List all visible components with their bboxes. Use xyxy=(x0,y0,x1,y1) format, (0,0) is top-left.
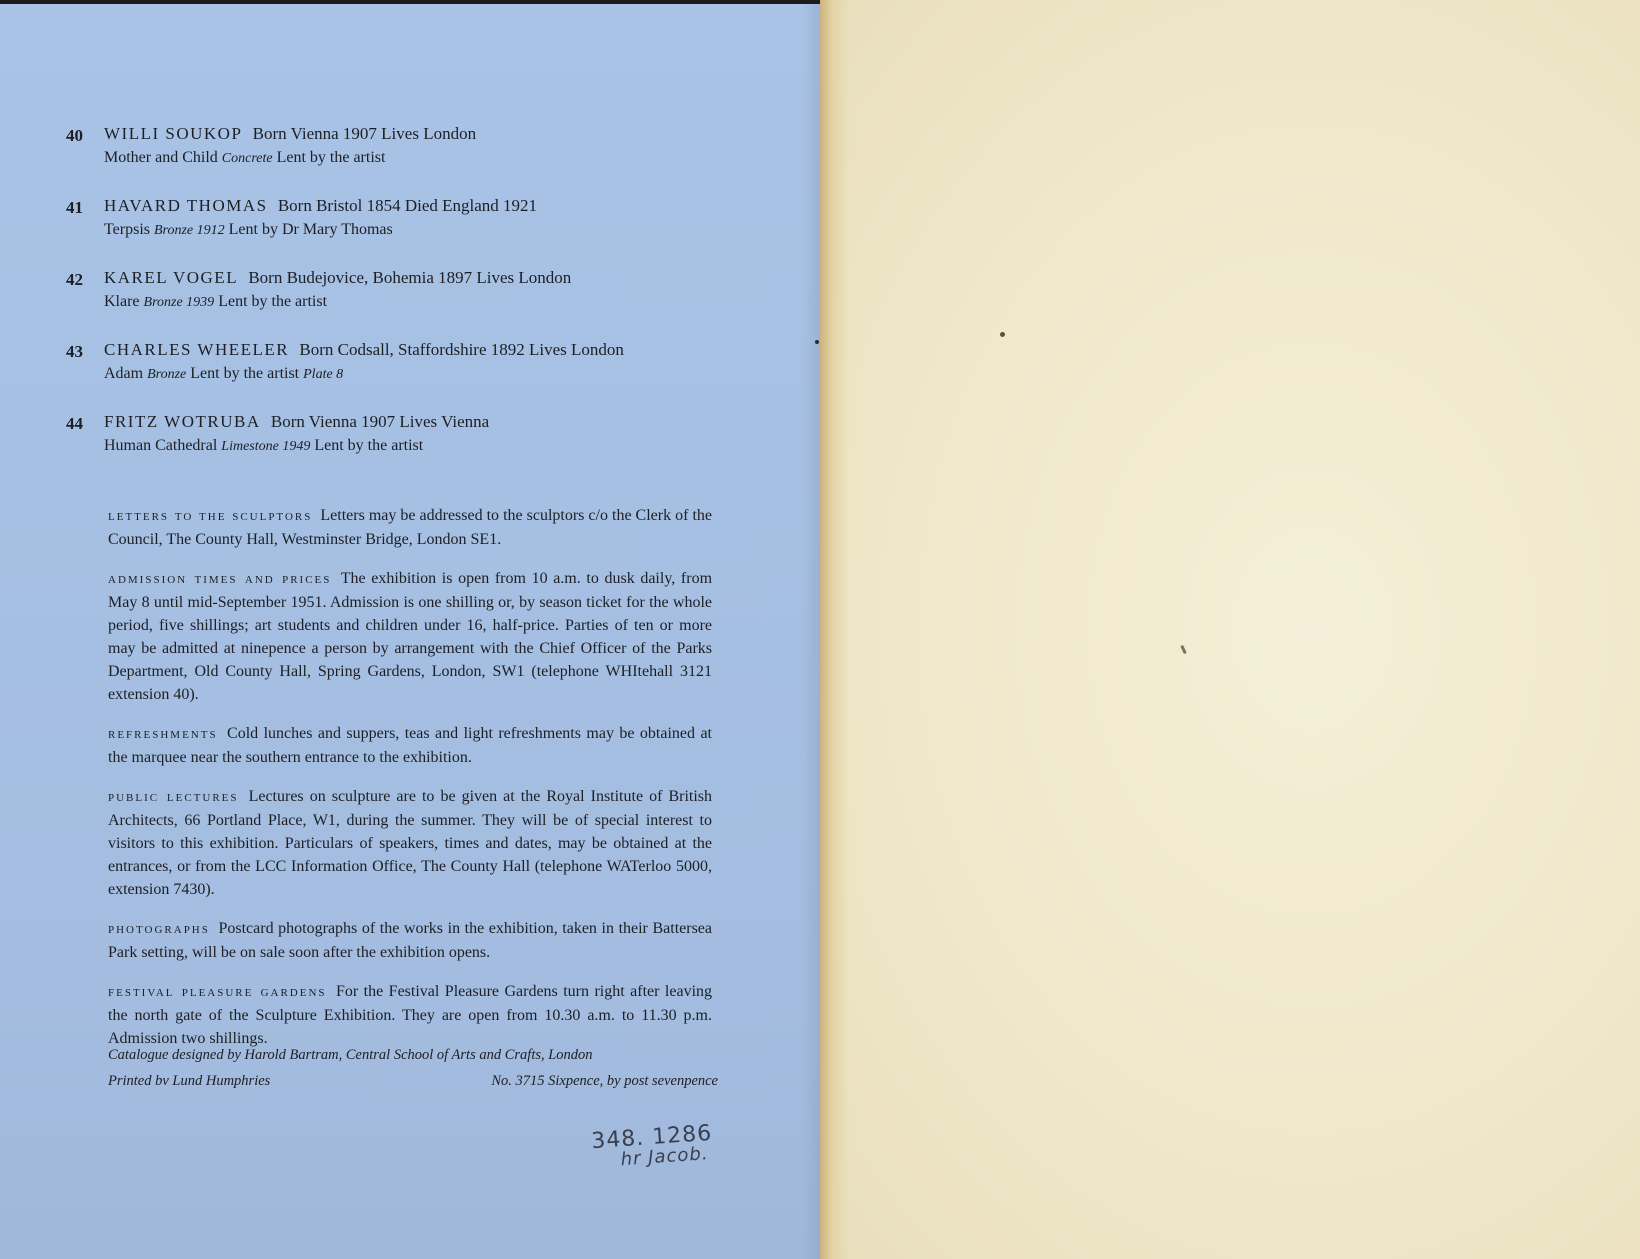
booklet-spread: 40 WILLI SOUKOP Born Vienna 1907 Lives L… xyxy=(0,0,1640,1259)
note-refreshments: Refreshments Cold lunches and suppers, t… xyxy=(108,722,712,769)
handwritten-annotation: 348. 1286 hr Jacob. xyxy=(591,1124,714,1172)
colophon: Catalogue designed by Harold Bartram, Ce… xyxy=(108,1042,718,1094)
note-photographs: Photographs Postcard photographs of the … xyxy=(108,917,712,964)
work-material: Concrete xyxy=(222,151,273,166)
work-material: Bronze xyxy=(147,367,186,382)
artist-name: CHARLES WHEELER xyxy=(104,340,289,359)
work-title: Mother and Child xyxy=(104,149,218,166)
artist-bio: Born Codsall, Staffordshire 1892 Lives L… xyxy=(299,340,624,359)
work-title: Adam xyxy=(104,365,143,382)
work-title: Klare xyxy=(104,293,140,310)
work-material: Bronze 1939 xyxy=(144,295,215,310)
work-lender: Lent by the artist xyxy=(190,365,299,382)
note-lectures: Public Lectures Lectures on sculpture ar… xyxy=(108,785,712,901)
artist-name: KAREL VOGEL xyxy=(104,268,238,287)
artist-name: FRITZ WOTRUBA xyxy=(104,412,261,431)
note-pleasure-gardens: Festival Pleasure Gardens For the Festiv… xyxy=(108,980,712,1050)
entry-number: 43 xyxy=(66,342,100,362)
artist-name: WILLI SOUKOP xyxy=(104,124,242,143)
entry-number: 41 xyxy=(66,198,100,218)
catalogue-entries: 40 WILLI SOUKOP Born Vienna 1907 Lives L… xyxy=(66,122,766,482)
work-material: Bronze 1912 xyxy=(154,223,225,238)
catalogue-entry: 44 FRITZ WOTRUBA Born Vienna 1907 Lives … xyxy=(66,410,766,458)
note-heading: Festival Pleasure Gardens xyxy=(108,984,327,1000)
left-page: 40 WILLI SOUKOP Born Vienna 1907 Lives L… xyxy=(0,4,820,1259)
artist-name: HAVARD THOMAS xyxy=(104,196,268,215)
artist-bio: Born Bristol 1854 Died England 1921 xyxy=(278,196,537,215)
note-letters: Letters to the Sculptors Letters may be … xyxy=(108,504,712,551)
right-page-blank xyxy=(820,0,1640,1259)
entry-number: 42 xyxy=(66,270,100,290)
entry-number: 40 xyxy=(66,126,100,146)
entry-number: 44 xyxy=(66,414,100,434)
work-lender: Lent by the artist xyxy=(314,437,423,454)
work-title: Terpsis xyxy=(104,221,150,238)
artist-bio: Born Vienna 1907 Lives London xyxy=(253,124,476,143)
catalogue-price: No. 3715 Sixpence, by post sevenpence xyxy=(491,1068,718,1094)
work-lender: Lent by the artist xyxy=(277,149,386,166)
note-text: The exhibition is open from 10 a.m. to d… xyxy=(108,570,712,703)
catalogue-entry: 40 WILLI SOUKOP Born Vienna 1907 Lives L… xyxy=(66,122,766,170)
work-title: Human Cathedral xyxy=(104,437,217,454)
catalogue-entry: 43 CHARLES WHEELER Born Codsall, Staffor… xyxy=(66,338,766,386)
note-heading: Letters to the Sculptors xyxy=(108,508,312,524)
artist-bio: Born Vienna 1907 Lives Vienna xyxy=(271,412,489,431)
printer-credit: Printed bv Lund Humphries xyxy=(108,1068,270,1094)
note-admission: Admission Times and Prices The exhibitio… xyxy=(108,567,712,706)
catalogue-entry: 41 HAVARD THOMAS Born Bristol 1854 Died … xyxy=(66,194,766,242)
visitor-notes: Letters to the Sculptors Letters may be … xyxy=(108,488,712,1056)
paper-speck xyxy=(1180,645,1187,654)
note-heading: Public Lectures xyxy=(108,789,239,805)
paper-speck xyxy=(1000,332,1005,337)
work-plate: Plate 8 xyxy=(303,367,343,382)
paper-speck xyxy=(815,340,819,344)
note-heading: Admission Times and Prices xyxy=(108,571,331,587)
designer-credit: Catalogue designed by Harold Bartram, Ce… xyxy=(108,1042,593,1068)
work-material: Limestone 1949 xyxy=(221,439,310,454)
work-lender: Lent by the artist xyxy=(218,293,327,310)
catalogue-entry: 42 KAREL VOGEL Born Budejovice, Bohemia … xyxy=(66,266,766,314)
work-lender: Lent by Dr Mary Thomas xyxy=(229,221,393,238)
note-heading: Refreshments xyxy=(108,726,218,742)
note-heading: Photographs xyxy=(108,921,210,937)
handwritten-name: hr Jacob. xyxy=(620,1144,714,1170)
artist-bio: Born Budejovice, Bohemia 1897 Lives Lond… xyxy=(248,268,571,287)
